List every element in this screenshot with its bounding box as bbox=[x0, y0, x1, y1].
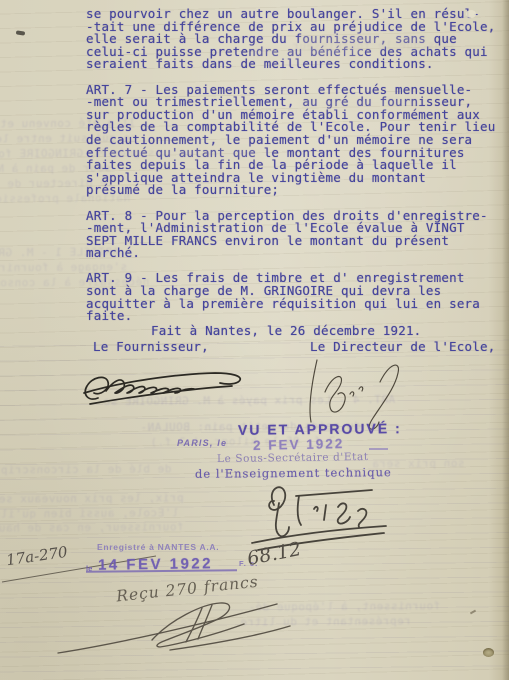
typewritten-body: se pourvoir chez un autre boulanger. S'i… bbox=[86, 8, 506, 335]
fournisseur-title: Le Fournisseur, bbox=[93, 339, 209, 354]
receveur-signature bbox=[52, 596, 327, 658]
typewritten-line: acquitter à la première réquisition qui … bbox=[86, 298, 506, 311]
typewritten-line: faite. bbox=[86, 310, 506, 323]
paper-hole bbox=[483, 648, 494, 657]
enregistre-nantes-stamp: Enregistré à NANTES A.A. bbox=[97, 542, 219, 552]
stamp-dash bbox=[369, 448, 388, 450]
bleedthrough-text: de blé de la circonscription bbox=[0, 463, 171, 476]
ink-speck bbox=[16, 30, 25, 35]
paragraph-article-8: ART. 8 - Pour la perception des droits d… bbox=[86, 210, 506, 260]
paragraph-article-9: ART. 9 - Les frais de timbre et d' enreg… bbox=[86, 272, 506, 322]
scanned-document-page: sans que le fournisseur Il a été convenu… bbox=[0, 0, 509, 680]
typewritten-line: marché. bbox=[86, 247, 506, 260]
bleedthrough-text: l'Ecole, aussi bien qu'ils le bbox=[0, 507, 179, 520]
typewritten-line: seraient faits dans de meilleures condit… bbox=[86, 58, 506, 71]
paris-le-stamp: PARIS, le bbox=[177, 438, 227, 448]
bleedthrough-text: fournisseur, en cas de hausse. bbox=[0, 521, 184, 534]
dateline: Fait à Nantes, le 26 décembre 1921. bbox=[151, 323, 421, 338]
paragraph-closing-clause: se pourvoir chez un autre boulanger. S'i… bbox=[86, 8, 506, 71]
fournisseur-signature bbox=[80, 362, 250, 418]
pen-mark bbox=[470, 610, 476, 615]
typewritten-line: présumé de la fourniture; bbox=[86, 184, 506, 197]
bleedthrough-text: prix, les prix nouveaux seront bbox=[0, 492, 184, 505]
date-stamp-paris: 2 FEV 1922 bbox=[253, 436, 345, 453]
vu-et-approuve-stamp: VU ET APPROUVÉ : bbox=[238, 420, 402, 438]
sous-secretaire-stamp-line1: Le Sous-Secrétaire d'Etat bbox=[217, 451, 369, 465]
paragraph-article-7: ART. 7 - Les paiements seront effectués … bbox=[86, 84, 506, 197]
typewritten-line: SEPT MILLE FRANCS environ le montant du … bbox=[86, 235, 506, 248]
